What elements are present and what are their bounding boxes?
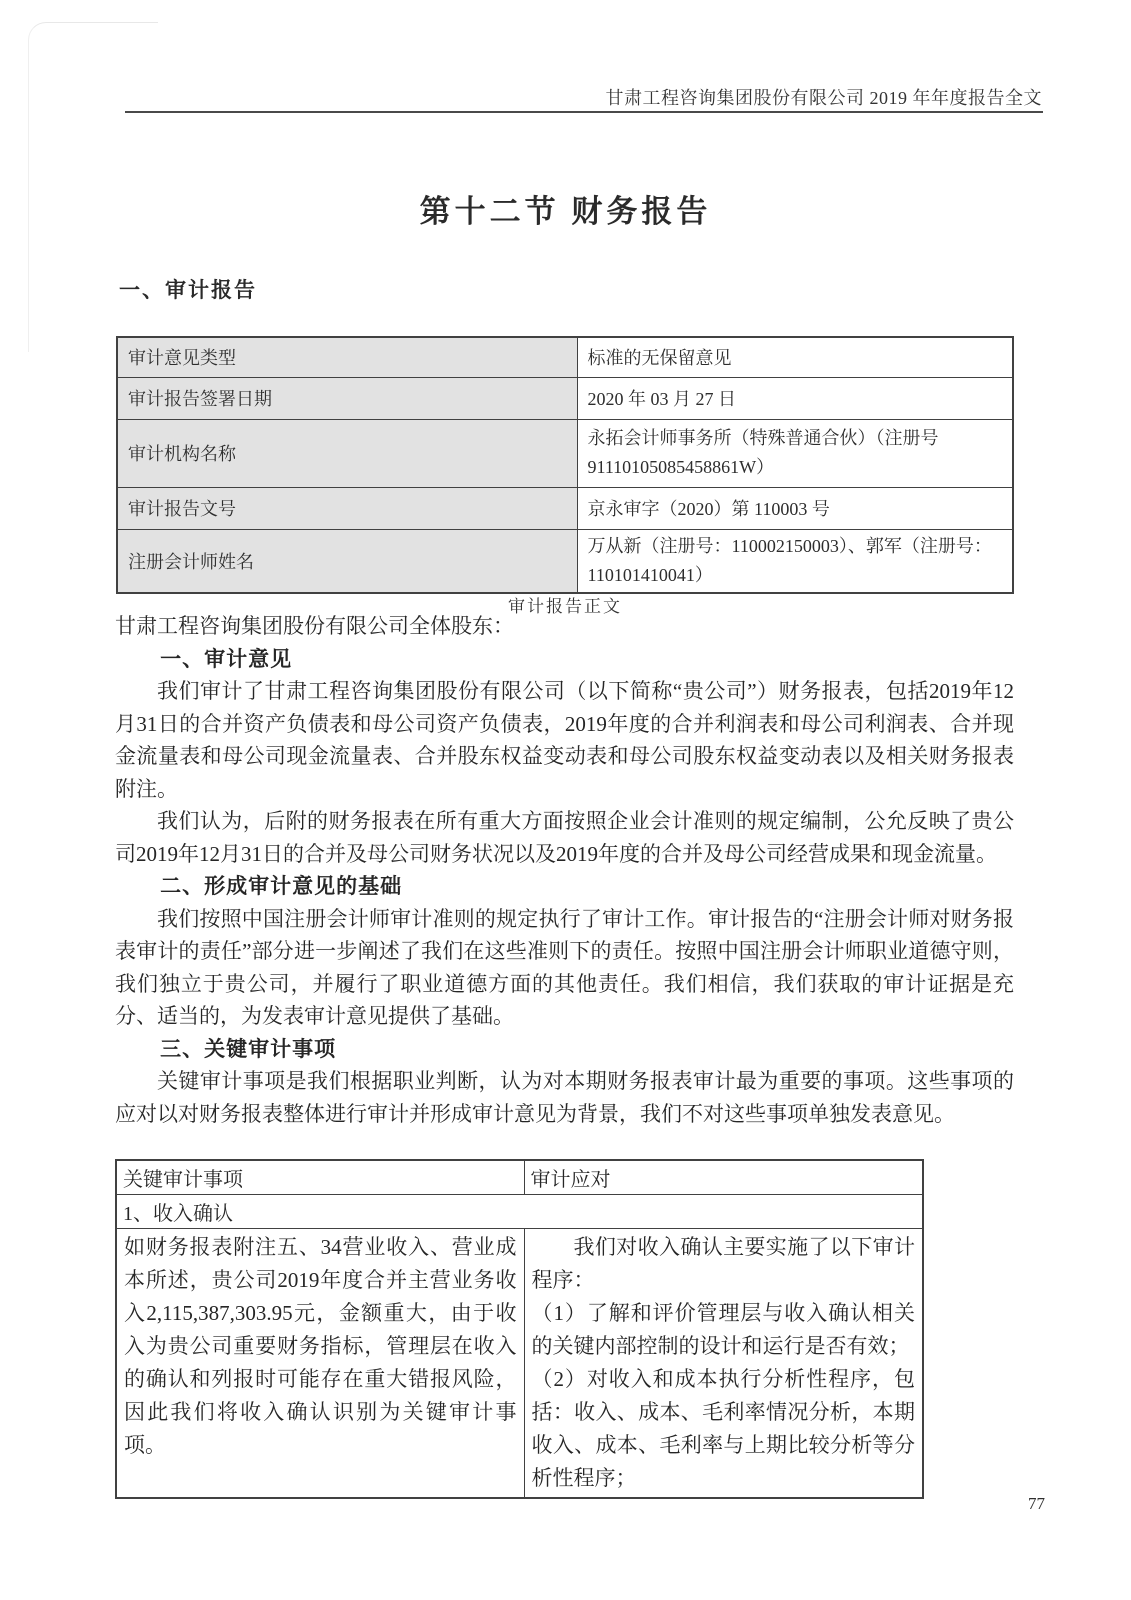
sub-heading-basis-of-opinion: 二、形成审计意见的基础: [115, 870, 1014, 903]
header-rule: [125, 111, 1043, 113]
paragraph-key-audit-matters: 关键审计事项是我们根据职业判断，认为对本期财务报表审计最为重要的事项。这些事项的…: [115, 1065, 1014, 1130]
sub-heading-key-audit-matters: 三、关键审计事项: [115, 1033, 1014, 1066]
row-value-line2: 110101410041）: [588, 561, 1003, 590]
row-value: 万从新（注册号：110002150003）、郭军（注册号： 1101014100…: [577, 529, 1013, 593]
item-title-revenue-recognition: 1、收入确认: [116, 1195, 923, 1229]
row-label: 审计机构名称: [117, 419, 577, 487]
row-value-line1: 万从新（注册号：110002150003）、郭军（注册号：: [588, 532, 1003, 561]
column-header-key-audit-matter: 关键审计事项: [116, 1160, 524, 1195]
row-value: 永拓会计师事务所（特殊普通合伙）（注册号 91110105085458861W）: [577, 419, 1013, 487]
audit-response-intro: 我们对收入确认主要实施了以下审计程序：: [532, 1231, 916, 1297]
key-audit-matter-description: 如财务报表附注五、34营业收入、营业成本所述，贵公司2019年度合并主营业务收入…: [116, 1229, 524, 1499]
table-row-item-title: 1、收入确认: [116, 1195, 923, 1229]
audit-response-item1: （1）了解和评价管理层与收入确认相关的关键内部控制的设计和运行是否有效；: [532, 1297, 916, 1363]
table-row: 审计报告文号 京永审字（2020）第 110003 号: [117, 487, 1013, 529]
row-label: 审计报告签署日期: [117, 377, 577, 419]
row-value-line2: 91110105085458861W）: [588, 453, 1003, 482]
table-row-item-body: 如财务报表附注五、34营业收入、营业成本所述，贵公司2019年度合并主营业务收入…: [116, 1229, 923, 1499]
audit-response-item2: （2）对收入和成本执行分析性程序，包括：收入、成本、毛利率情况分析，本期收入、成…: [532, 1363, 916, 1495]
table-row: 审计意见类型 标准的无保留意见: [117, 337, 1013, 377]
sub-heading-audit-opinion: 一、审计意见: [115, 643, 1014, 676]
row-label: 审计意见类型: [117, 337, 577, 377]
paragraph-audit-opinion: 我们认为，后附的财务报表在所有重大方面按照企业会计准则的规定编制，公允反映了贵公…: [115, 805, 1014, 870]
table-row: 审计报告签署日期 2020 年 03 月 27 日: [117, 377, 1013, 419]
paragraph-audit-scope: 我们审计了甘肃工程咨询集团股份有限公司（以下简称“贵公司”）财务报表，包括201…: [115, 675, 1014, 805]
audit-response-cell: 我们对收入确认主要实施了以下审计程序： （1）了解和评价管理层与收入确认相关的关…: [524, 1229, 923, 1499]
section-heading-audit-report: 一、审计报告: [119, 274, 257, 304]
running-header: 甘肃工程咨询集团股份有限公司 2019 年年度报告全文: [606, 84, 1043, 110]
paragraph-basis-of-opinion: 我们按照中国注册会计师审计准则的规定执行了审计工作。审计报告的“注册会计师对财务…: [115, 903, 1014, 1033]
table-row: 审计机构名称 永拓会计师事务所（特殊普通合伙）（注册号 911101050854…: [117, 419, 1013, 487]
row-value: 京永审字（2020）第 110003 号: [577, 487, 1013, 529]
row-label: 注册会计师姓名: [117, 529, 577, 593]
page-title: 第十二节 财务报告: [0, 186, 1131, 231]
audit-report-body: 甘肃工程咨询集团股份有限公司全体股东： 一、审计意见 我们审计了甘肃工程咨询集团…: [115, 610, 1014, 1130]
page-number: 77: [1028, 1494, 1045, 1514]
row-value: 2020 年 03 月 27 日: [577, 377, 1013, 419]
salutation: 甘肃工程咨询集团股份有限公司全体股东：: [115, 610, 1014, 643]
table-row: 注册会计师姓名 万从新（注册号：110002150003）、郭军（注册号： 11…: [117, 529, 1013, 593]
key-audit-matters-table: 关键审计事项 审计应对 1、收入确认 如财务报表附注五、34营业收入、营业成本所…: [115, 1159, 924, 1499]
row-label: 审计报告文号: [117, 487, 577, 529]
row-value: 标准的无保留意见: [577, 337, 1013, 377]
row-value-line1: 永拓会计师事务所（特殊普通合伙）（注册号: [588, 424, 1003, 453]
audit-summary-table: 审计意见类型 标准的无保留意见 审计报告签署日期 2020 年 03 月 27 …: [116, 336, 1014, 594]
column-header-audit-response: 审计应对: [524, 1160, 923, 1195]
scanned-report-page: { "header": { "running_title": "甘肃工程咨询集团…: [0, 0, 1131, 1600]
table-header-row: 关键审计事项 审计应对: [116, 1160, 923, 1195]
